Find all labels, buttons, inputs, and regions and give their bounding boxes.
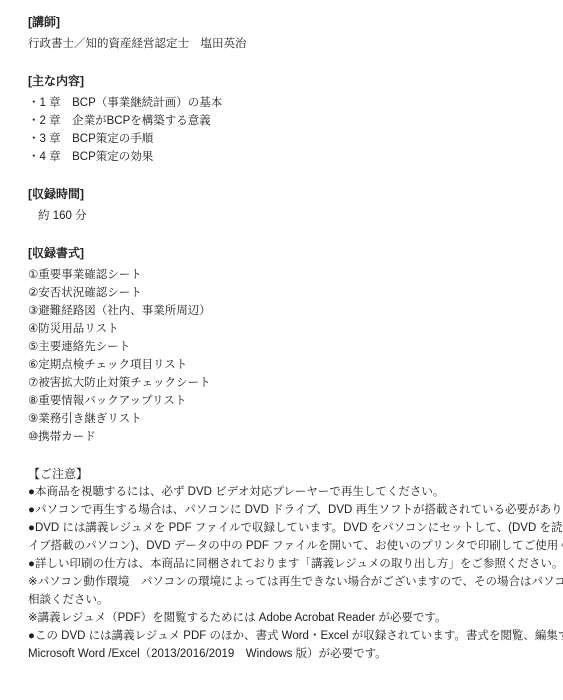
- section-lecturer: [講師] 行政書士／知的資産経営認定士 塩田英治: [28, 13, 545, 53]
- note-line: ●本商品を視聴するには、必ず DVD ビデオ対応プレーヤーで再生してください。: [28, 483, 545, 501]
- formats-section-header: [収録書式]: [28, 244, 545, 262]
- format-item: ②安否状況確認シート: [28, 284, 545, 302]
- note-line: ※パソコン動作環境 パソコンの環境によっては再生できない場合がございますので、そ…: [28, 573, 545, 591]
- lecturer-name: 行政書士／知的資産経営認定士 塩田英治: [28, 35, 545, 53]
- format-item: ③避難経路図（社内、事業所周辺）: [28, 302, 545, 320]
- section-main-contents: [主な内容] ・1 章 BCP（事業継続計画）の基本 ・2 章 企業がBCPを構…: [28, 72, 545, 166]
- note-line: ●詳しい印刷の仕方は、本商品に同梱されております「講義レジュメの取り出し方」をご…: [28, 555, 545, 573]
- product-description-page: [講師] 行政書士／知的資産経営認定士 塩田英治 [主な内容] ・1 章 BCP…: [0, 0, 563, 700]
- note-line: ●この DVD には講義レジュメ PDF のほか、書式 Word・Excel が…: [28, 627, 545, 645]
- chapter-item: ・4 章 BCP策定の効果: [28, 148, 545, 166]
- note-line: ※講義レジュメ（PDF）を閲覧するためには Adobe Acrobat Read…: [28, 609, 545, 627]
- section-duration: [収録時間] 約 160 分: [28, 185, 545, 225]
- format-item: ⑦被害拡大防止対策チェックシート: [28, 374, 545, 392]
- chapter-item: ・3 章 BCP策定の手順: [28, 130, 545, 148]
- format-item: ⑥定期点検チェック項目リスト: [28, 356, 545, 374]
- note-line: ●DVD には講義レジュメを PDF ファイルで収録しています。DVD をパソコ…: [28, 519, 545, 537]
- format-item: ⑤主要連絡先シート: [28, 338, 545, 356]
- format-item: ①重要事業確認シート: [28, 266, 545, 284]
- format-item: ⑩携帯カード: [28, 428, 545, 446]
- section-recorded-formats: [収録書式] ①重要事業確認シート ②安否状況確認シート ③避難経路図（社内、事…: [28, 244, 545, 446]
- format-item: ④防災用品リスト: [28, 320, 545, 338]
- note-line: 相談ください。: [28, 591, 545, 609]
- chapter-item: ・1 章 BCP（事業継続計画）の基本: [28, 94, 545, 112]
- chapter-item: ・2 章 企業がBCPを構築する意義: [28, 112, 545, 130]
- format-item: ⑨業務引き継ぎリスト: [28, 410, 545, 428]
- format-item: ⑧重要情報バックアップリスト: [28, 392, 545, 410]
- note-line: ●パソコンで再生する場合は、パソコンに DVD ドライブ、DVD 再生ソフトが搭…: [28, 501, 545, 519]
- section-notes: 【ご注意】 ●本商品を視聴するには、必ず DVD ビデオ対応プレーヤーで再生して…: [28, 465, 545, 663]
- note-line: イブ搭載のパソコン)、DVD データの中の PDF ファイルを開いて、お使いのプ…: [28, 537, 545, 555]
- note-line: Microsoft Word /Excel（2013/2016/2019 Win…: [28, 645, 545, 663]
- lecturer-section-header: [講師]: [28, 13, 545, 31]
- contents-section-header: [主な内容]: [28, 72, 545, 90]
- duration-value: 約 160 分: [28, 207, 545, 225]
- duration-section-header: [収録時間]: [28, 185, 545, 203]
- notes-section-header: 【ご注意】: [28, 465, 545, 483]
